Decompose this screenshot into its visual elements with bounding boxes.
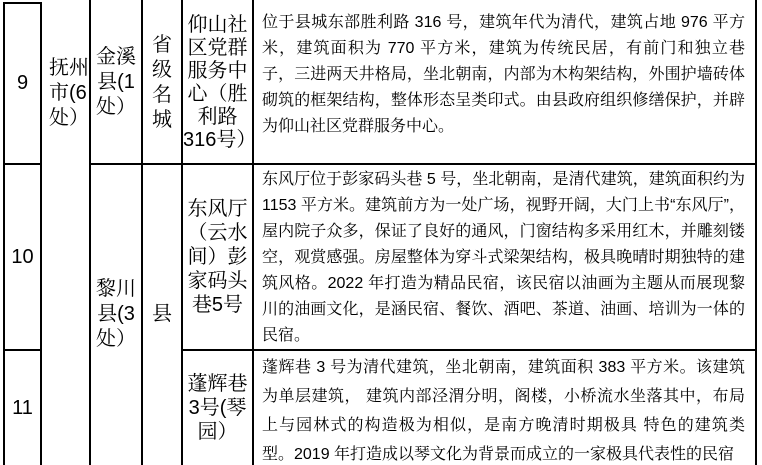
- site-name-cell: 东风厅 （云水 间）彭 家码头 巷5号: [183, 164, 252, 349]
- table-grid-line: [755, 0, 757, 465]
- level-cell: 县: [143, 164, 181, 465]
- row-number-cell: 10: [5, 165, 40, 349]
- county-cell: 黎川 县(3 处）: [91, 164, 141, 465]
- row-number-cell: 11: [5, 351, 40, 465]
- site-name-cell: 仰山社 区党群 服务中 心（胜 利路 316号）: [183, 2, 252, 163]
- city-cell: 抚州 市(6 处）: [42, 56, 89, 256]
- county-cell: 金溪 县(1 处）: [91, 0, 141, 164]
- row-number-cell: 9: [5, 4, 40, 163]
- description-cell: 位于县城东部胜利路 316 号，建筑年代为清代，建筑占地 976 平方米，建筑面…: [254, 2, 755, 163]
- description-cell: 东风厅位于彭家码头巷 5 号，坐北朝南，是清代建筑，建筑面积约为 1153 平方…: [254, 164, 755, 349]
- document-table: 9 10 11 抚州 市(6 处） 金溪 县(1 处） 黎川 县(3 处） 省级…: [0, 0, 762, 465]
- level-cell: 省级名城: [143, 2, 181, 163]
- description-cell: 蓬辉巷 3 号为清代建筑，坐北朝南，建筑面积 383 平方米。该建筑为单层建筑，…: [254, 350, 755, 465]
- site-name-cell: 蓬辉巷 3号(琴 园）: [183, 350, 252, 465]
